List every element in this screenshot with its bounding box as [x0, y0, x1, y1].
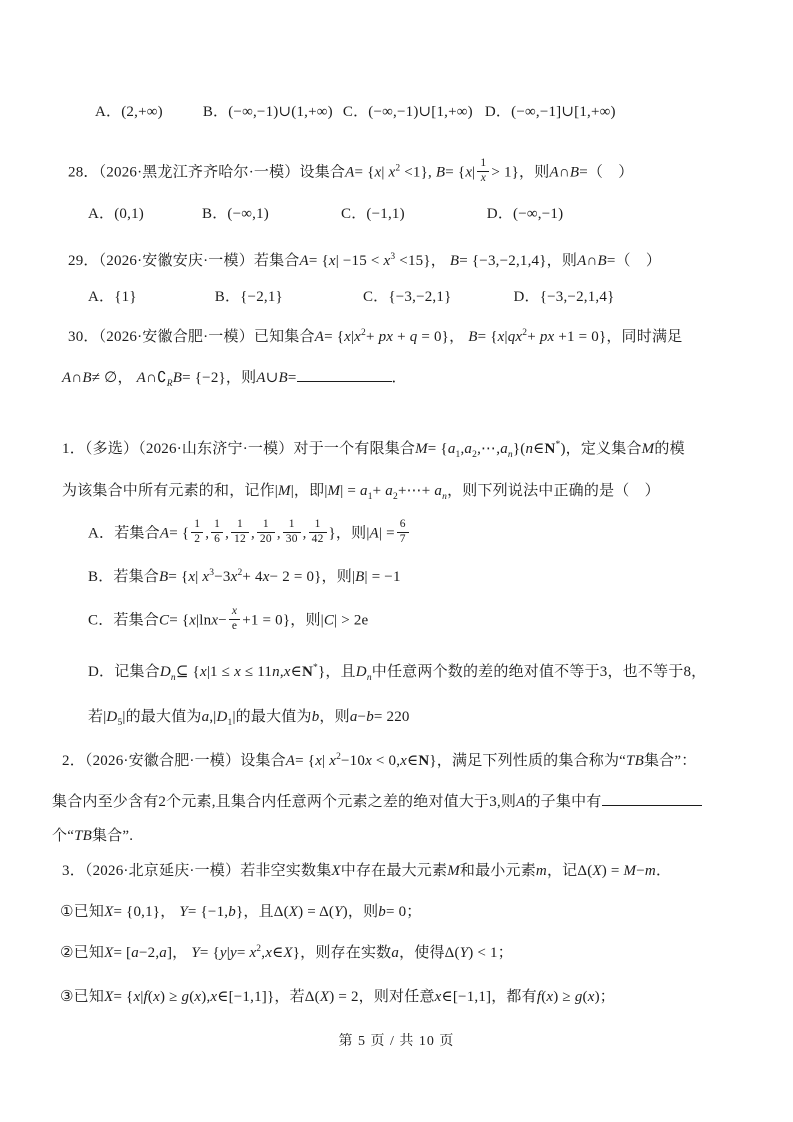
question-29-options: A．{1}B．{−2,1}C．{−3,−2,1}D．{−3,−2,1,4}: [88, 286, 615, 308]
question-3-statement-3: ③已知X= {x|f(x) ≥ g(x),x∈[−1,1]}，若Δ(X) = 2…: [60, 986, 615, 1008]
question-1-option-d-line1: D．记集合Dn⊆ {x|1 ≤ x ≤ 11n,x∈N*}，且Dn中任意两个数的…: [88, 661, 706, 683]
prev-question-options: A．(2,+∞)B．(−∞,−1)∪(1,+∞)C．(−∞,−1)∪[1,+∞)…: [95, 101, 616, 123]
question-1-option-b: B．若集合B= {x| x3−3x2+ 4x− 2 = 0}，则|B| = −1: [88, 566, 401, 588]
page-number-text: 第 5 页 / 共 10 页: [339, 1034, 455, 1049]
page-footer: 第 5 页 / 共 10 页: [0, 1030, 793, 1050]
question-30-stem-line2: A∩B≠ ∅， A∩∁RB= {−2}，则A∪B=．: [62, 366, 407, 389]
question-2-line1: 2．（2026·安徽合肥·一模）设集合A= {x| x2−10x < 0,x∈N…: [62, 750, 696, 772]
question-2-line2: 集合内至少含有2个元素,且集合内任意两个元素之差的绝对值大于3,则A的子集中有: [52, 790, 702, 813]
question-29-stem: 29．（2026·安徽安庆·一模）若集合A= {x| −15 < x3 <15}…: [68, 250, 661, 272]
question-1-option-d-line2: 若|D5|的最大值为a,|D1|的最大值为b，则a−b= 220: [88, 706, 410, 728]
question-3-statement-1: ①已知X= {0,1}， Y= {−1,b}，且Δ(X) = Δ(Y)，则b= …: [60, 901, 422, 923]
question-1-option-a: A．若集合A= {12,16,112,120,130,142}，则|A| =67: [88, 520, 411, 548]
question-3-statement-2: ②已知X= [a−2,a]， Y= {y|y= x2,x∈X}，则存在实数a，使…: [60, 942, 513, 964]
question-3-stem: 3．（2026·北京延庆·一模）若非空实数集X中存在最大元素M和最小元素m，记Δ…: [62, 860, 671, 882]
question-28-options: A．(0,1)B．(−∞,1)C．(−1,1)D．(−∞,−1): [88, 203, 563, 225]
question-1-option-c: C．若集合C= {x|lnx−xe+1 = 0}，则|C| > 2e: [88, 607, 368, 635]
question-1-stem-line1: 1．（多选）（2026·山东济宁·一模）对于一个有限集合M= {a1,a2,⋯,…: [62, 438, 685, 460]
question-1-stem-line2: 为该集合中所有元素的和，记作|M|，即|M| = a1+ a2+⋯+ an，则下…: [62, 480, 660, 502]
document-page: A．(2,+∞)B．(−∞,−1)∪(1,+∞)C．(−∞,−1)∪[1,+∞)…: [0, 0, 793, 1122]
question-2-line3: 个“TB集合”.: [52, 825, 133, 847]
question-28-stem: 28．（2026·黑龙江齐齐哈尔·一模）设集合A= {x| x2 <1}, B=…: [68, 159, 634, 187]
question-30-stem-line1: 30．（2026·安徽合肥·一模）已知集合A= {x|x2+ px + q = …: [68, 326, 682, 348]
